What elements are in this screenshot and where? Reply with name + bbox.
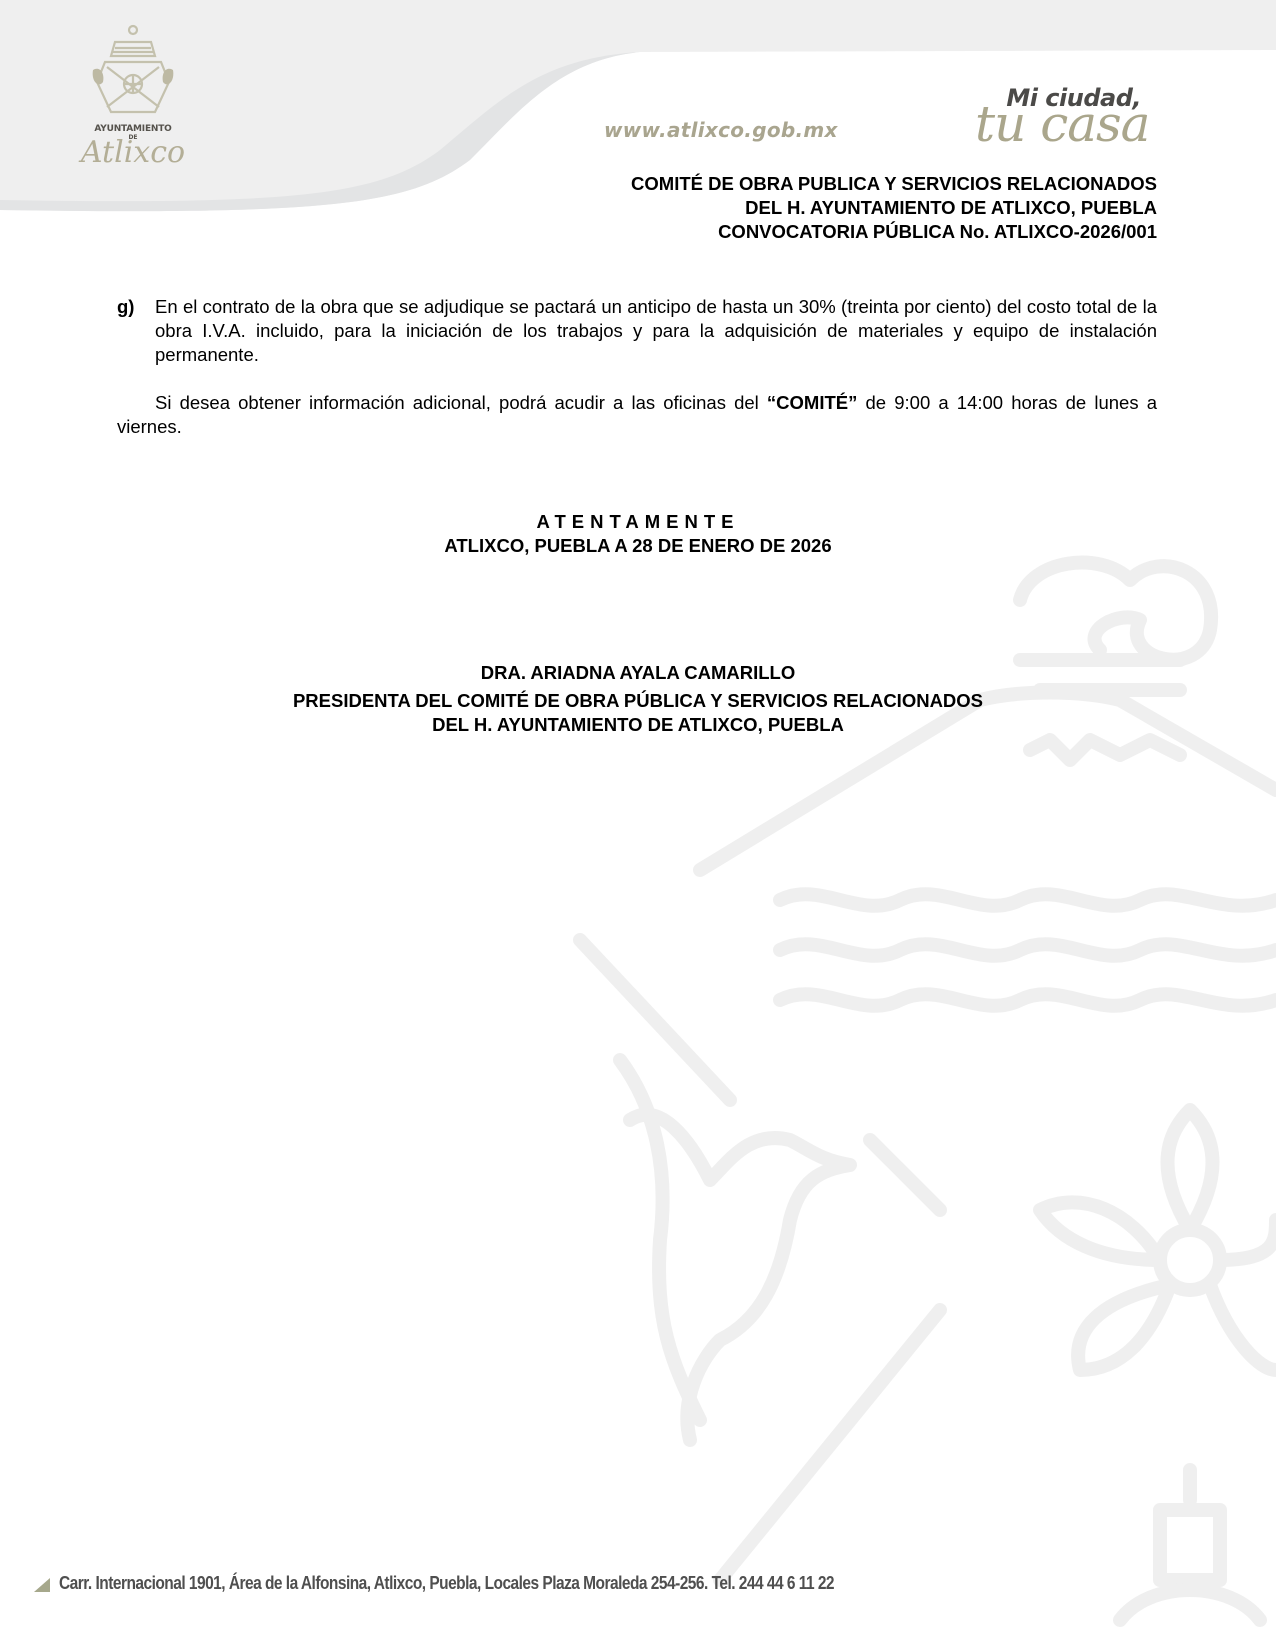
salutation: ATENTAMENTE — [0, 510, 1276, 534]
convocatoria-number: CONVOCATORIA PÚBLICA No. ATLIXCO-2026/00… — [631, 220, 1157, 244]
slogan-line-2: tu casa — [975, 104, 1155, 144]
footer-address: Carr. Internacional 1901, Área de la Alf… — [59, 1573, 834, 1594]
committee-heading: COMITÉ DE OBRA PUBLICA Y SERVICIOS RELAC… — [631, 172, 1157, 244]
info-text-before: Si desea obtener información adicional, … — [155, 392, 767, 413]
logo-line-ayuntamiento: AYUNTAMIENTO — [78, 124, 188, 134]
website-url: www.atlixco.gob.mx — [604, 118, 838, 142]
list-marker: g) — [117, 295, 155, 367]
signatory-title-line-2: DEL H. AYUNTAMIENTO DE ATLIXCO, PUEBLA — [0, 713, 1276, 737]
place-date: ATLIXCO, PUEBLA A 28 DE ENERO DE 2026 — [0, 534, 1276, 558]
list-item-g: g) En el contrato de la obra que se adju… — [117, 295, 1157, 367]
signatory-name: DRA. ARIADNA AYALA CAMARILLO — [0, 661, 1276, 685]
municipal-crest-icon — [85, 22, 181, 122]
triangle-bullet-icon — [34, 1578, 50, 1592]
signature-block: DRA. ARIADNA AYALA CAMARILLO PRESIDENTA … — [0, 661, 1276, 737]
committee-line-2: DEL H. AYUNTAMIENTO DE ATLIXCO, PUEBLA — [631, 196, 1157, 220]
committee-line-1: COMITÉ DE OBRA PUBLICA Y SERVICIOS RELAC… — [631, 172, 1157, 196]
signatory-title-line-1: PRESIDENTA DEL COMITÉ DE OBRA PÚBLICA Y … — [0, 689, 1276, 713]
info-paragraph: Si desea obtener información adicional, … — [117, 391, 1157, 439]
info-text-bold: “COMITÉ” — [767, 392, 857, 413]
closing-block: ATENTAMENTE ATLIXCO, PUEBLA A 28 DE ENER… — [0, 510, 1276, 558]
document-body: g) En el contrato de la obra que se adju… — [117, 295, 1157, 439]
list-item-text: En el contrato de la obra que se adjudiq… — [155, 295, 1157, 367]
footer: Carr. Internacional 1901, Área de la Alf… — [34, 1573, 960, 1594]
logo-line-atlixco: Atlixco — [78, 139, 188, 167]
ayuntamiento-logo: AYUNTAMIENTO DE Atlixco — [78, 22, 188, 182]
slogan: Mi ciudad, tu casa — [965, 84, 1155, 144]
